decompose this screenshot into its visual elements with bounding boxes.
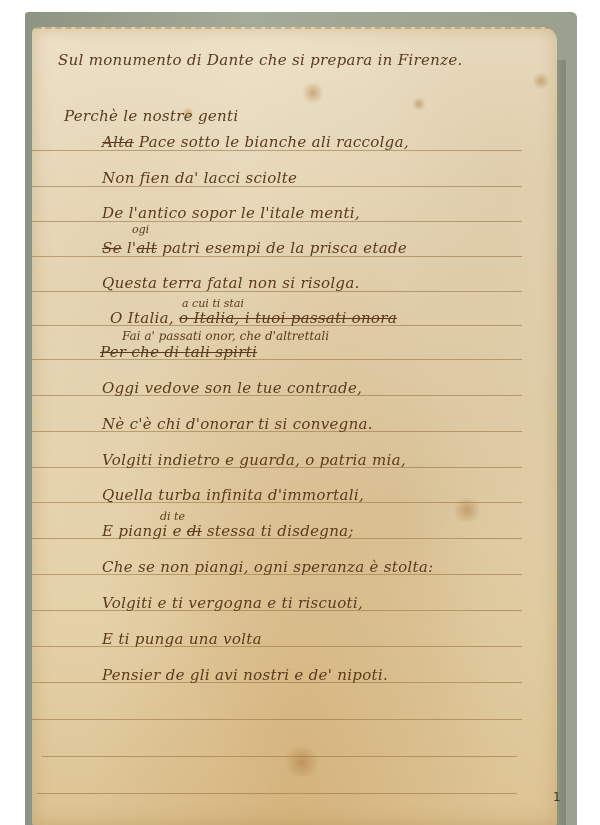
poem-line-16: E ti punga una volta [102,630,262,648]
line-text: Perchè le nostre genti [64,107,238,125]
line-text: Volgiti indietro e guarda, o patria mia, [102,451,406,469]
manuscript-title: Sul monumento di Dante che si prepara in… [58,51,463,69]
poem-line-15: Volgiti e ti vergogna e ti riscuoti, [102,594,363,612]
line-text: E piangi e [102,522,187,540]
poem-line-13: E piangi e di stessa ti disdegna; [102,522,354,540]
line-text: Volgiti e ti vergogna e ti riscuoti, [102,594,363,612]
poem-line-5: Se l'alt patri esempi de la prisca etade [102,239,407,257]
interlinear-correction: Fai a' passati onor, che d'altrettali [122,329,329,343]
poem-line-12: Quella turba infinita d'immortali, [102,486,364,504]
line-text: Questa terra fatal non si risolga. [102,274,360,292]
page-number: 1 [553,790,561,804]
line-text: patri esempi de la prisca etade [157,239,407,257]
line-text: Che se non piangi, ogni speranza è stolt… [102,558,433,576]
poem-line-8: Per che di tali spirti [100,343,257,361]
line-text: E ti punga una volta [102,630,262,648]
torn-top-edge [32,27,557,35]
line-text: l' [122,239,137,257]
line-text: Pace sotto le bianche ali raccolga, [134,133,409,151]
poem-line-3: Non fien da' lacci sciolte [102,169,297,187]
stain [282,747,322,777]
ruled-line [42,756,517,757]
struck-phrase: o Italia, i tuoi passati onora [179,309,397,327]
interlinear-correction: ogi [132,223,149,236]
poem-line-11: Volgiti indietro e guarda, o patria mia, [102,451,406,469]
line-text: Pensier de gli avi nostri e de' nipoti. [102,666,388,684]
stain [532,72,550,90]
line-text: Non fien da' lacci sciolte [102,169,297,187]
poem-line-17: Pensier de gli avi nostri e de' nipoti. [102,666,388,684]
manuscript-page: Sul monumento di Dante che si prepara in… [32,27,557,825]
struck-word: Alta [102,133,134,151]
struck-word: di [187,522,202,540]
struck-word: Se [102,239,122,257]
poem-line-6: Questa terra fatal non si risolga. [102,274,360,292]
poem-line-7: O Italia, o Italia, i tuoi passati onora [110,309,397,327]
line-text: Quella turba infinita d'immortali, [102,486,364,504]
stain [412,97,426,111]
poem-line-9: Oggi vedove son le tue contrade, [102,379,362,397]
stain [452,497,482,523]
line-text: O Italia, [110,309,179,327]
poem-line-4: De l'antico sopor le l'itale menti, [102,204,360,222]
struck-phrase: Per che di tali spirti [100,343,257,361]
poem-line-2: Alta Pace sotto le bianche ali raccolga, [102,133,409,151]
line-text: stessa ti disdegna; [202,522,354,540]
line-text: Nè c'è chi d'onorar ti si convegna. [102,415,373,433]
ruled-line [32,719,522,720]
poem-line-1: Perchè le nostre genti [64,107,238,125]
poem-line-10: Nè c'è chi d'onorar ti si convegna. [102,415,373,433]
line-text: Oggi vedove son le tue contrade, [102,379,362,397]
stain [302,82,324,104]
line-text: De l'antico sopor le l'itale menti, [102,204,360,222]
poem-line-14: Che se non piangi, ogni speranza è stolt… [102,558,433,576]
struck-word: alt [136,239,157,257]
ruled-line [37,793,517,794]
